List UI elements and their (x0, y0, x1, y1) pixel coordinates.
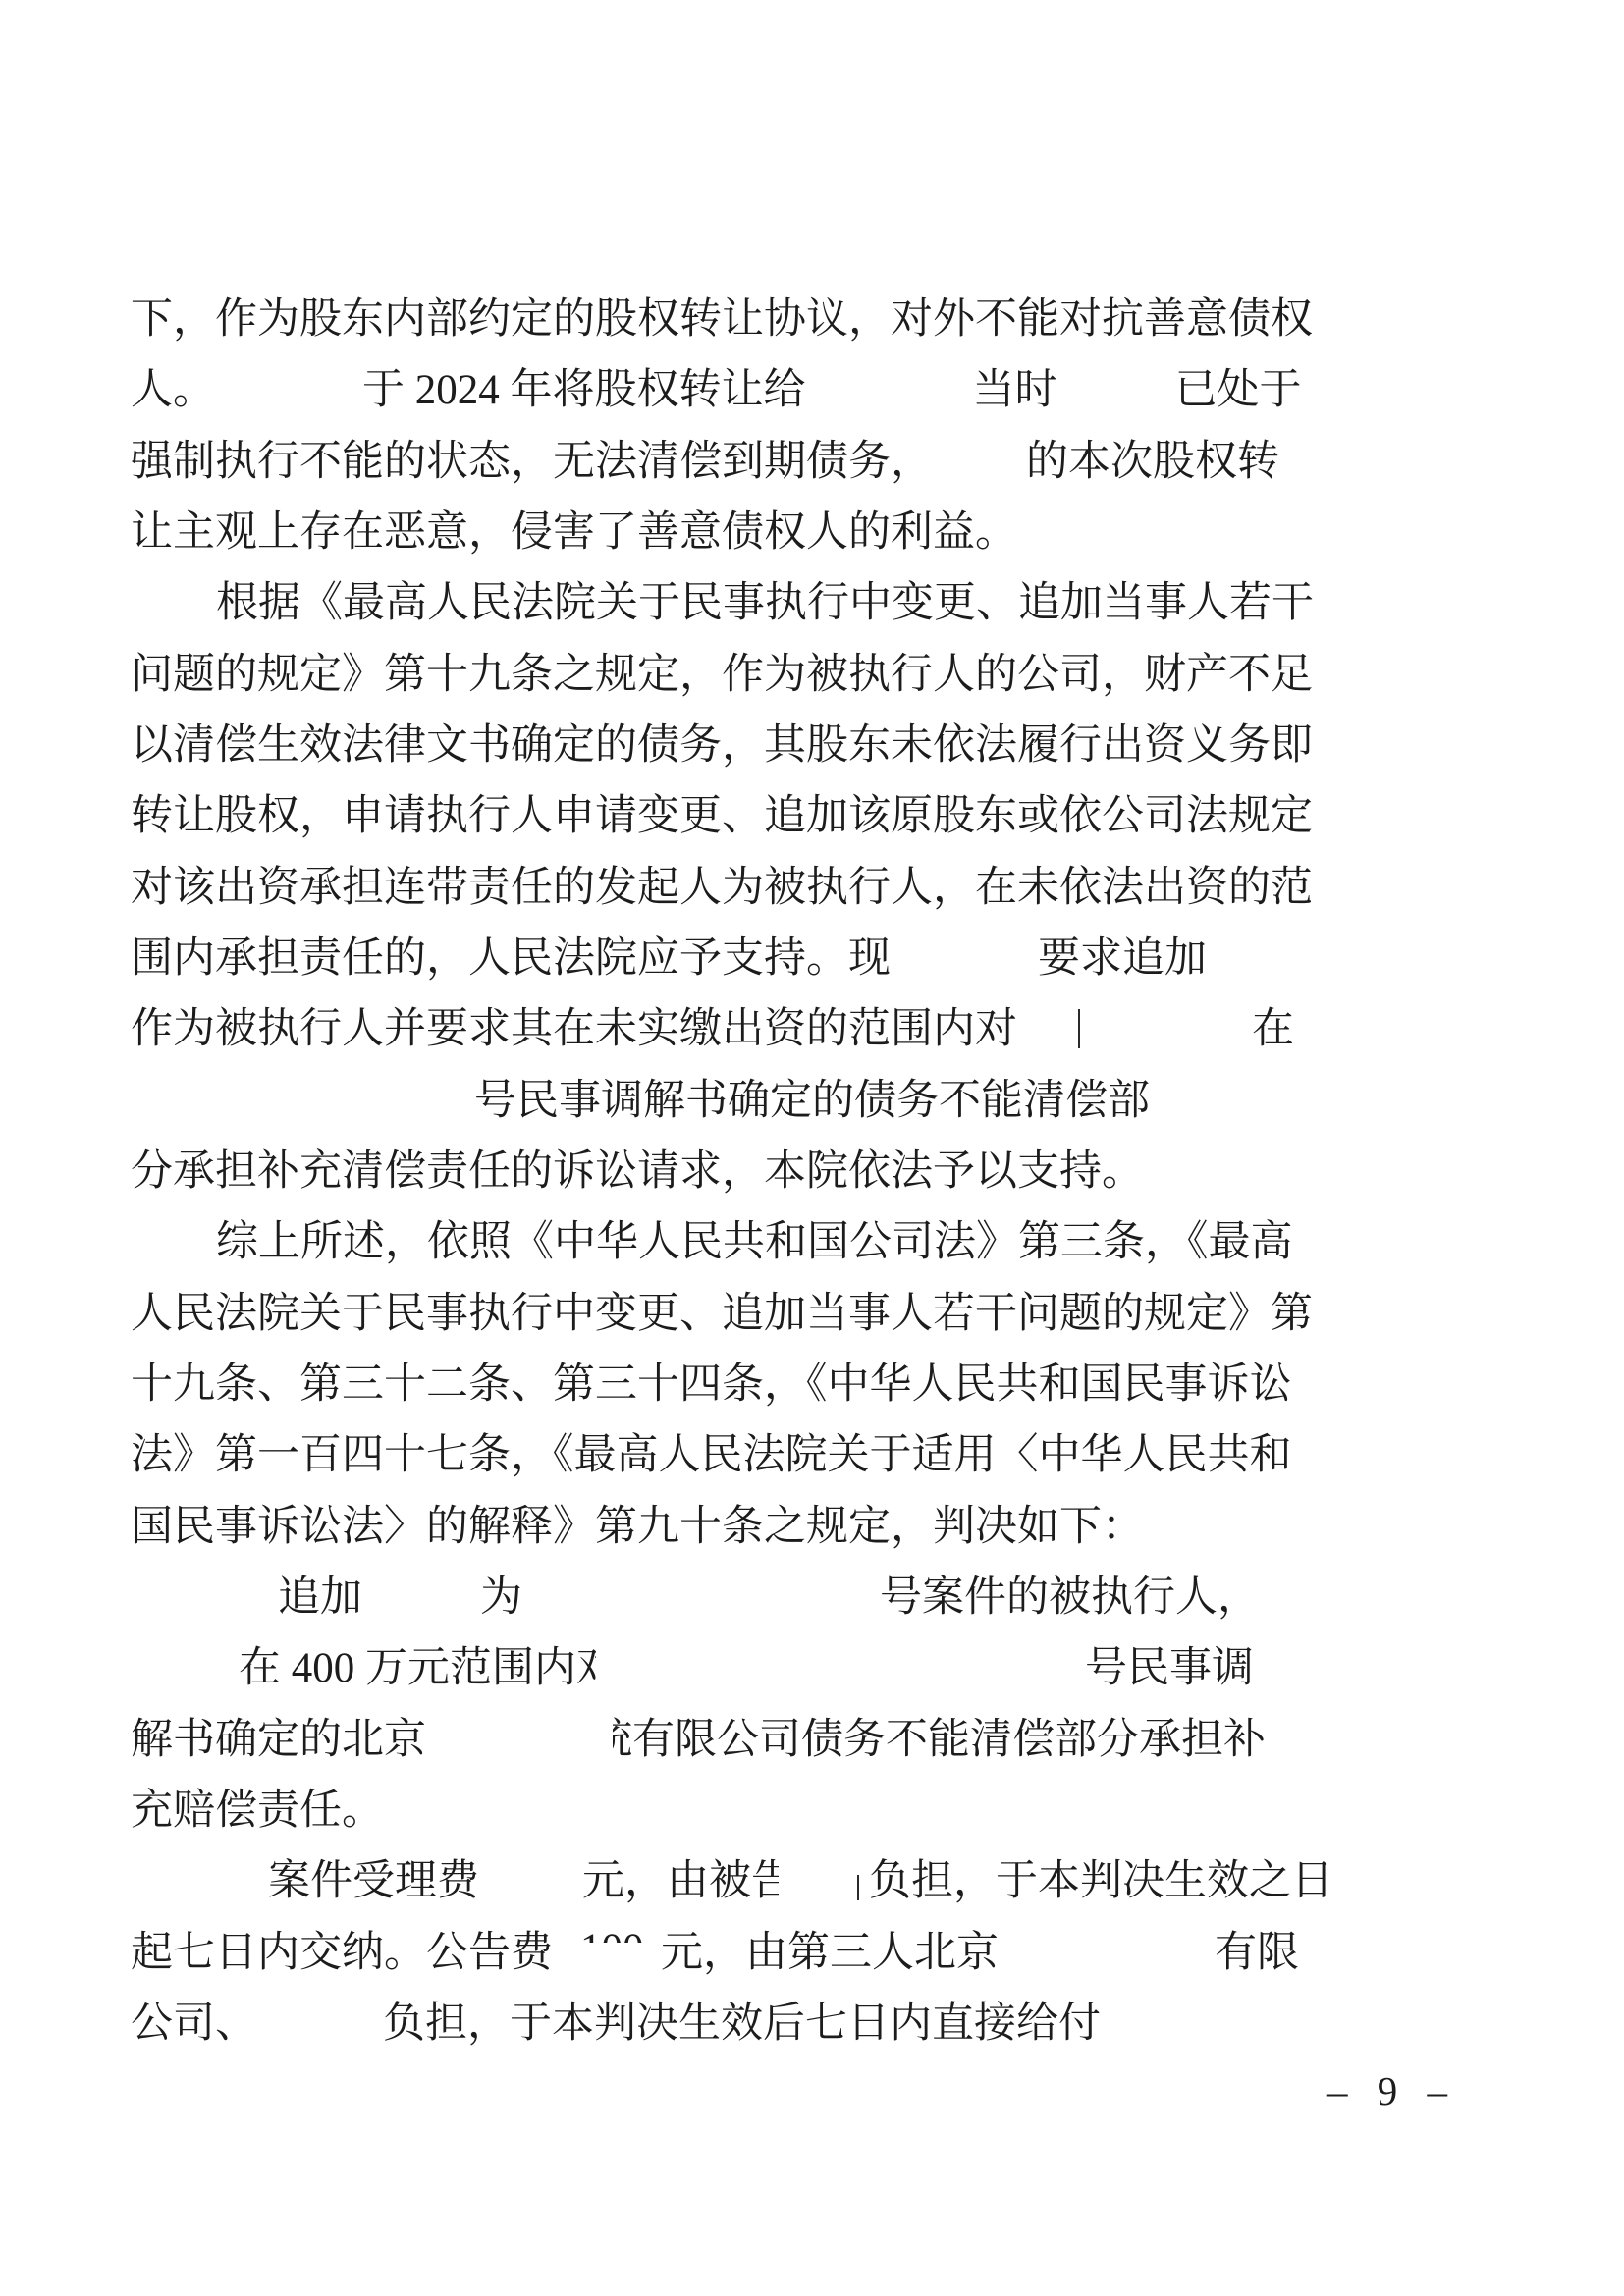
text-segment: 为 (480, 1563, 522, 1633)
text-segment: 人民法院关于民事执行中变更、追加当事人若干问题的规定》第 (131, 1279, 1313, 1350)
text-line: 问题的规定》第十九条之规定，作为被执行人的公司，财产不足 (131, 640, 1313, 711)
text-line: 起七日内交纳。公告费100元，由第三人北京有限 (131, 1918, 1299, 1989)
text-line: 解书确定的北京统有限公司债务不能清偿部分承担补 (131, 1705, 1266, 1776)
text-line: 作为被执行人并要求其在未实缴出资的范围内对在 (131, 994, 1294, 1065)
text-line: 综上所述，依照《中华人民共和国公司法》第三条，《最高 (216, 1207, 1293, 1278)
redaction-artifact-bar (857, 1875, 859, 1900)
partial-glyph-char: 告 (751, 1846, 779, 1917)
partial-glyph: 对 (576, 1633, 596, 1704)
text-segment: 解书确定的北京 (131, 1705, 426, 1776)
text-line: 人民法院关于民事执行中变更、追加当事人若干问题的规定》第 (131, 1279, 1313, 1350)
partial-digits-text: 100 (580, 1928, 644, 1943)
text-segment: 元，由第三人北京 (661, 1918, 999, 1989)
partial-glyph: 告 (751, 1846, 779, 1917)
text-line: 对该出资承担连带责任的发起人为被执行人，在未依法出资的范 (131, 853, 1313, 924)
partial-glyph: （ (522, 1563, 536, 1633)
text-line: 充赔偿责任。 (131, 1776, 384, 1846)
text-segment: 下，作为股东内部约定的股权转让协议，对外不能对抗善意债权 (131, 285, 1313, 355)
text-segment: 负担，于本判决生效后七日内直接给付 (383, 1989, 1101, 2059)
text-segment: 当时 (973, 355, 1057, 426)
text-line: 法》第一百四十七条，《最高人民法院关于适用〈中华人民共和 (131, 1420, 1292, 1491)
text-segment: 于 2024 年将股权转让给 (362, 355, 806, 426)
partial-glyph-char: 统 (613, 1705, 632, 1776)
text-line: 十九条、第三十二条、第三十四条，《中华人民共和国民事诉讼 (131, 1350, 1292, 1420)
text-line: 强制执行不能的状态，无法清偿到期债务，的本次股权转 (131, 427, 1279, 498)
text-segment: 有限 (1215, 1918, 1299, 1989)
text-segment: 根据《最高人民法院关于民事执行中变更、追加当事人若干 (216, 568, 1314, 639)
text-segment: 十九条、第三十二条、第三十四条，《中华人民共和国民事诉讼 (131, 1350, 1292, 1420)
text-segment: 以清偿生效法律文书确定的债务，其股东未依法履行出资义务即 (131, 711, 1313, 781)
text-line: 人。于 2024 年将股权转让给当时已处于 (131, 355, 1302, 426)
text-line: 围内承担责任的，人民法院应予支持。现要求追加 (131, 924, 1207, 994)
partial-glyph: 统 (613, 1705, 632, 1776)
text-segment: 作为被执行人并要求其在未实缴出资的范围内对 (131, 994, 1017, 1065)
text-segment: 分承担补充清偿责任的诉讼请求，本院依法予以支持。 (131, 1137, 1144, 1207)
text-segment: 案件受理费 (268, 1846, 479, 1917)
text-segment: 强制执行不能的状态，无法清偿到期债务， (131, 427, 933, 498)
text-segment: 有限公司债务不能清偿部分承担补 (632, 1705, 1266, 1776)
text-segment: 综上所述，依照《中华人民共和国公司法》第三条，《最高 (216, 1207, 1293, 1278)
text-line: 公司、负担，于本判决生效后七日内直接给付 (131, 1989, 1101, 2059)
text-line: 下，作为股东内部约定的股权转让协议，对外不能对抗善意债权 (131, 285, 1313, 355)
text-segment: 已处于 (1175, 355, 1302, 426)
text-line: 号民事调解书确定的债务不能清偿部 (131, 1066, 1150, 1137)
text-segment: 公司、 (131, 1989, 257, 2059)
partial-glyph-char: 对 (576, 1633, 596, 1704)
text-segment: 元，由被 (582, 1846, 751, 1917)
text-segment: 充赔偿责任。 (131, 1776, 384, 1846)
text-line: 国民事诉讼法〉的解释》第九十条之规定，判决如下： (131, 1492, 1144, 1563)
redaction-gap (257, 2058, 383, 2059)
text-segment: 转让股权，申请执行人申请变更、追加该原股东或依公司法规定 (131, 781, 1313, 852)
document-page: 下，作为股东内部约定的股权转让协议，对外不能对抗善意债权人。于 2024 年将股… (0, 0, 1624, 2296)
text-line: 以清偿生效法律文书确定的债务，其股东未依法履行出资义务即 (131, 711, 1313, 781)
text-segment: 让主观上存在恶意，侵害了善意债权人的利益。 (131, 498, 1017, 568)
text-segment: 追加 (278, 1563, 362, 1633)
text-segment: 在 (1252, 994, 1294, 1065)
text-segment: 号民事调解书确定的债务不能清偿部 (474, 1066, 1150, 1137)
text-line: 根据《最高人民法院关于民事执行中变更、追加当事人若干 (216, 568, 1314, 639)
text-segment: 号案件的被执行人， (880, 1563, 1260, 1633)
text-line: 分承担补充清偿责任的诉讼请求，本院依法予以支持。 (131, 1137, 1144, 1207)
text-segment: 起七日内交纳。公告费 (131, 1918, 553, 1989)
partial-digits-top: 100 (580, 1928, 649, 1943)
text-segment: 围内承担责任的，人民法院应予支持。现 (131, 924, 891, 994)
text-line: 案件受理费元，由被告负担，于本判决生效之日 (268, 1846, 1333, 1917)
text-segment: 的本次股权转 (1026, 427, 1279, 498)
page-number: – 9 – (1327, 2067, 1457, 2114)
text-segment: 要求追加 (1038, 924, 1207, 994)
redaction-artifact-bar (1078, 1009, 1080, 1048)
partial-glyph-char: （ (522, 1563, 536, 1633)
redaction-gap (426, 1775, 613, 1776)
text-segment: 问题的规定》第十九条之规定，作为被执行人的公司，财产不足 (131, 640, 1313, 711)
text-segment: 国民事诉讼法〉的解释》第九十条之规定，判决如下： (131, 1492, 1144, 1563)
text-segment: 负担，于本判决生效之日 (869, 1846, 1333, 1917)
text-line: 让主观上存在恶意，侵害了善意债权人的利益。 (131, 498, 1017, 568)
text-line: 追加为（号案件的被执行人， (278, 1563, 1260, 1633)
text-segment: 对该出资承担连带责任的发起人为被执行人，在未依法出资的范 (131, 853, 1313, 924)
text-segment: 在 400 万元范围内 (239, 1633, 576, 1704)
text-segment: 人。 (131, 355, 215, 426)
text-line: 转让股权，申请执行人申请变更、追加该原股东或依公司法规定 (131, 781, 1313, 852)
text-line: 在 400 万元范围内对号民事调 (239, 1633, 1254, 1704)
text-segment: 号民事调 (1085, 1633, 1254, 1704)
text-segment: 法》第一百四十七条，《最高人民法院关于适用〈中华人民共和 (131, 1420, 1292, 1491)
